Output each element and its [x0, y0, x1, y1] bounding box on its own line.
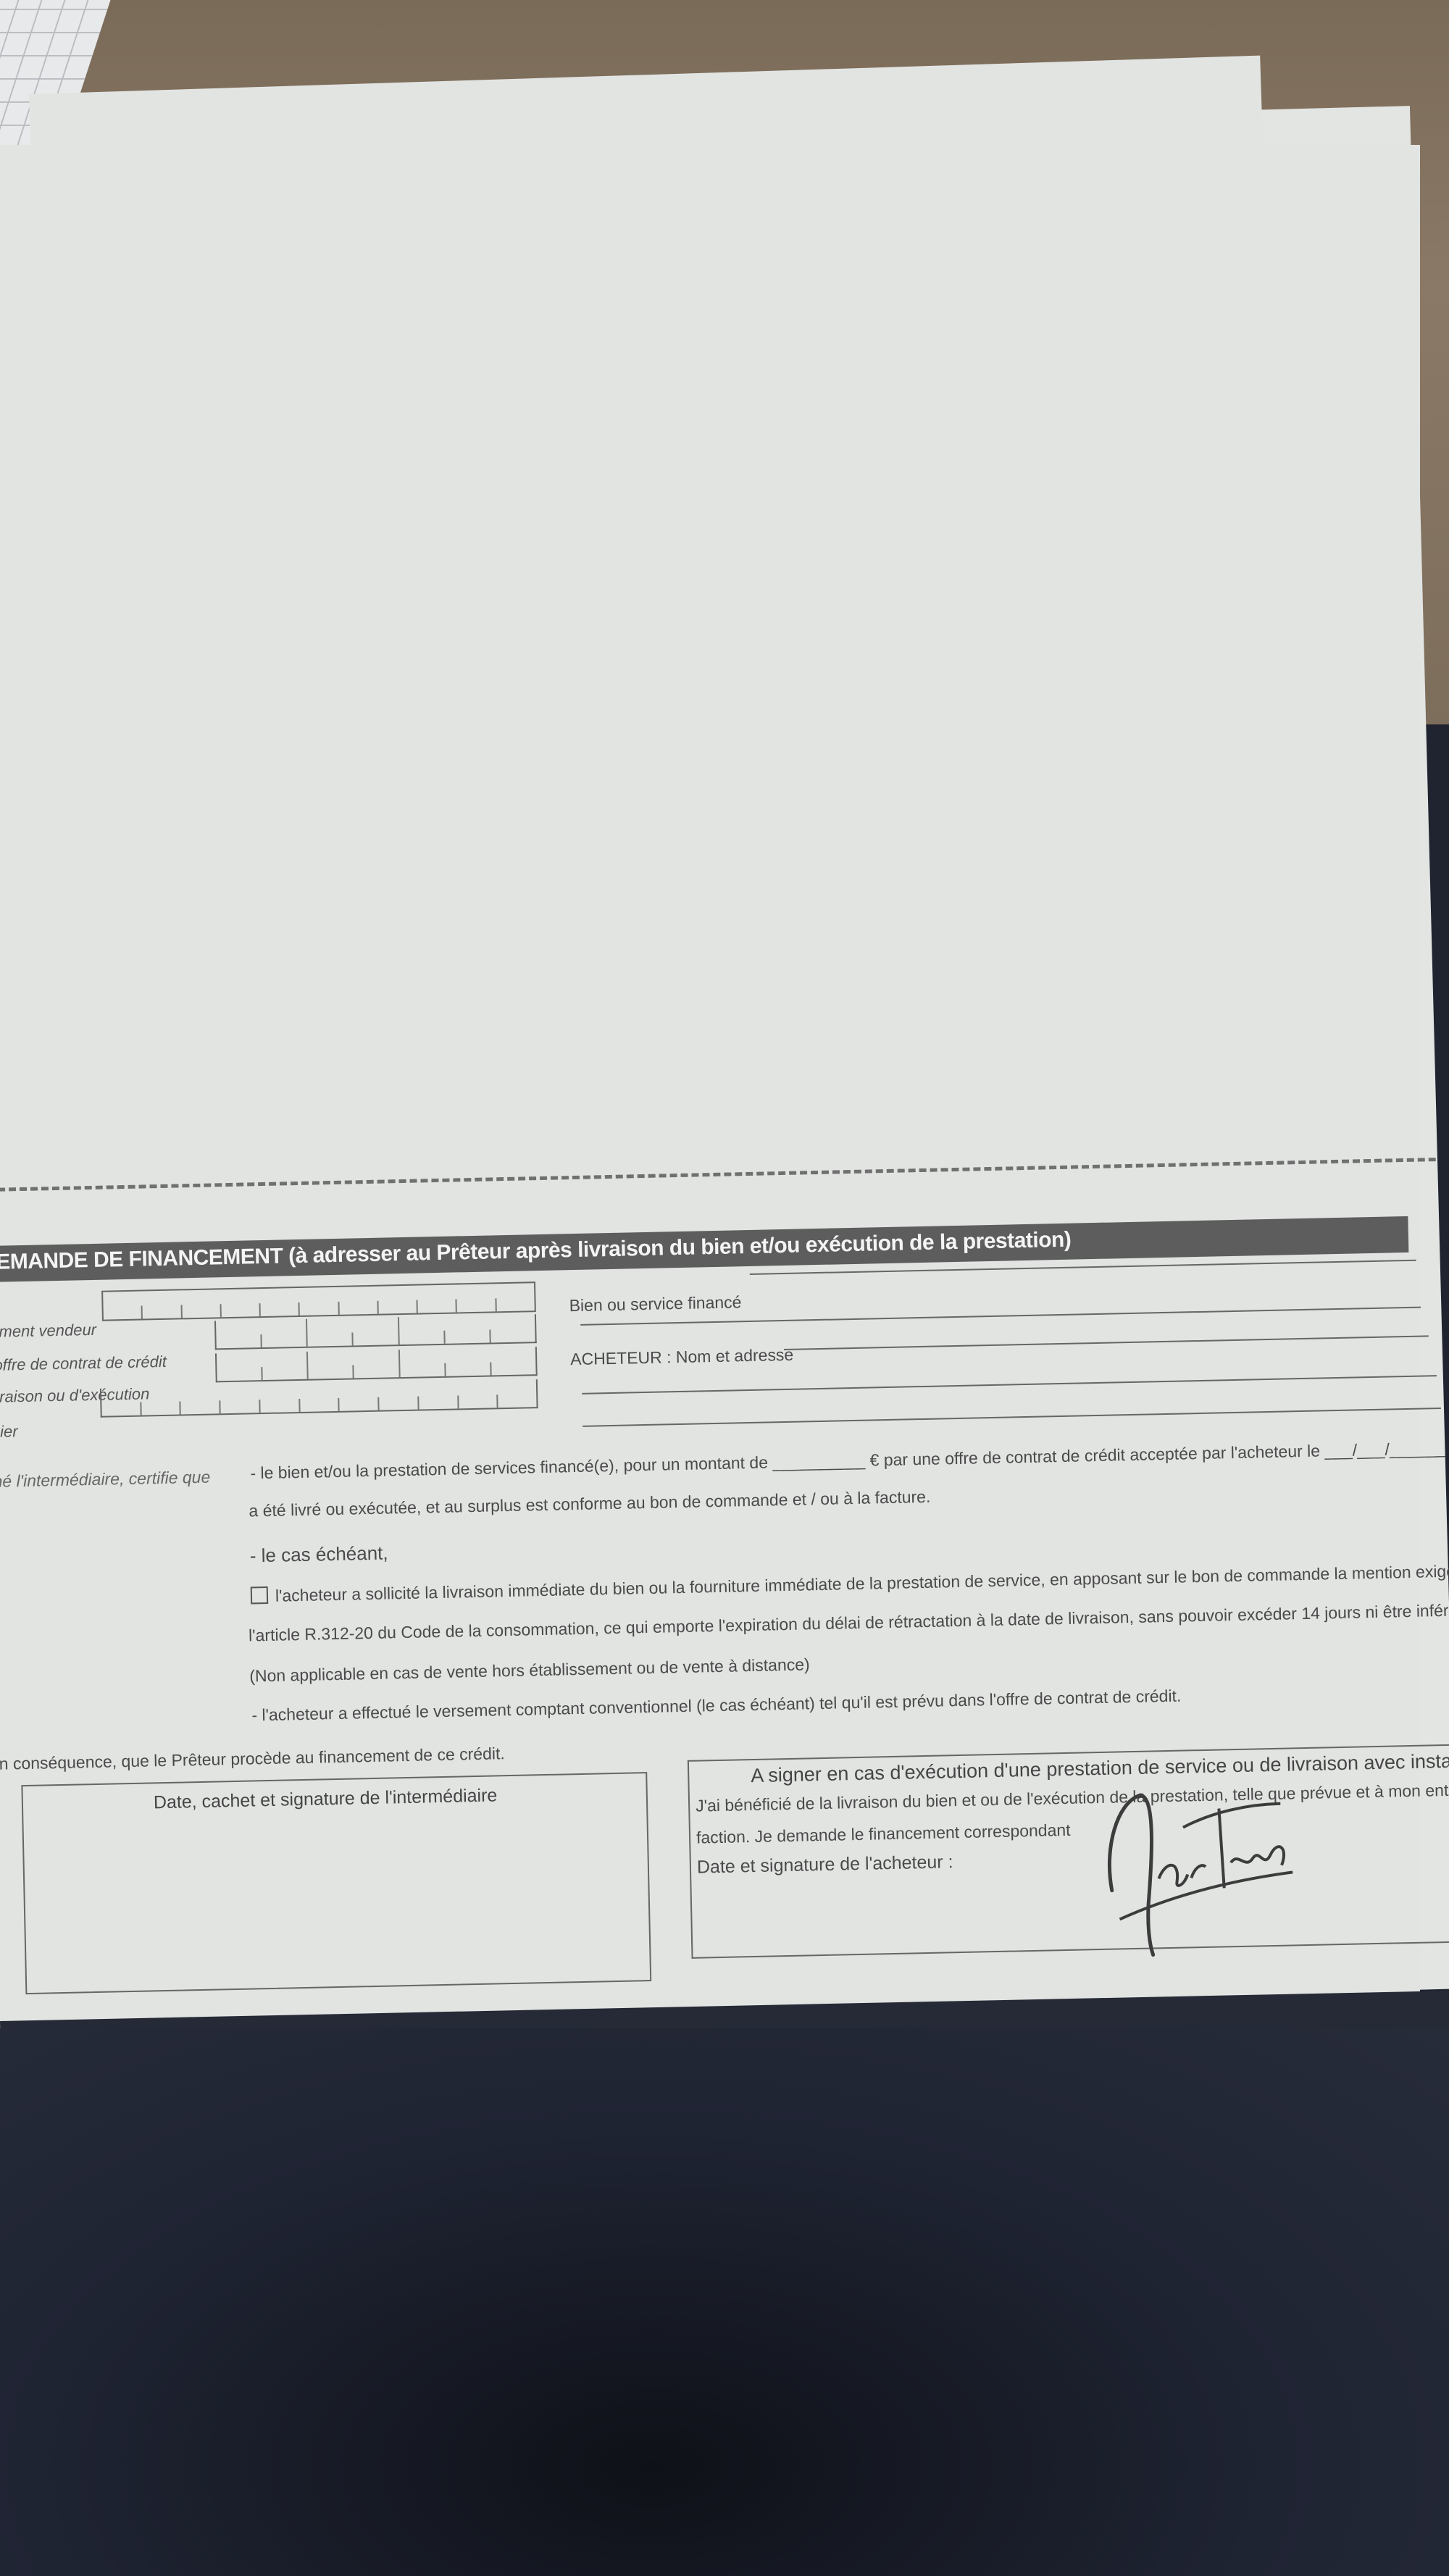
buyer-box-line-2: faction. Je demande le financement corre…: [696, 1820, 1071, 1848]
immediate-delivery-checkbox[interactable]: [251, 1586, 268, 1604]
buyer-handwritten-signature: [1095, 1777, 1331, 1963]
intermediary-signature-box[interactable]: Date, cachet et signature de l'intermédi…: [21, 1772, 651, 1994]
file-label: sier: [0, 1422, 18, 1442]
paragraph-if-applicable: - le cas échéant,: [249, 1542, 388, 1568]
buyer-signature-box[interactable]: A signer en cas d'exécution d'une presta…: [688, 1744, 1449, 1959]
intermediary-box-title: Date, cachet et signature de l'intermédi…: [154, 1785, 498, 1813]
offer-label: 'offre de contrat de crédit: [0, 1352, 167, 1375]
dark-fabric-background: [0, 2028, 1449, 2576]
vendor-label: ément vendeur: [0, 1321, 96, 1342]
goods-label: Bien ou service financé: [569, 1292, 741, 1316]
buyer-box-line-3: Date et signature de l'acheteur :: [697, 1852, 953, 1878]
